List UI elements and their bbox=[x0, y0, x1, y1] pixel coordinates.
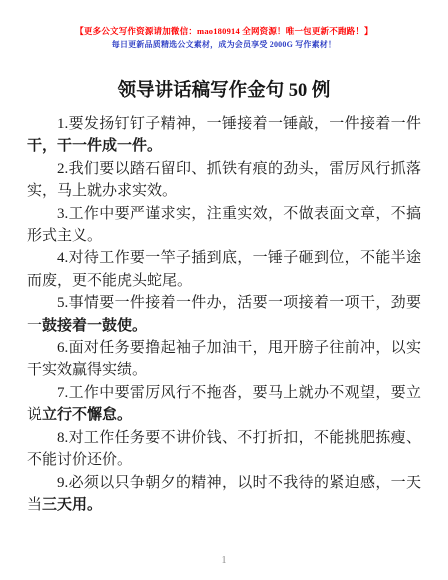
paragraph-8: 8.对工作任务要不讲价钱、不打折扣，不能挑肥拣瘦、不能讨价还价。 bbox=[27, 427, 421, 472]
paragraph-6: 6.面对任务要撸起袖子加油干，甩开膀子往前冲，以实干实效赢得实绩。 bbox=[27, 337, 421, 382]
page-title: 领导讲话稿写作金句 50 例 bbox=[0, 78, 448, 105]
document-page: 【更多公文写作资源请加微信：mao180914 全网资源！唯一包更新不跑路！】 … bbox=[0, 0, 448, 580]
header-ad-line-red: 【更多公文写作资源请加微信：mao180914 全网资源！唯一包更新不跑路！】 bbox=[0, 24, 448, 38]
paragraph-5-bold-text: 鼓接着一鼓使。 bbox=[42, 318, 147, 334]
paragraph-7: 7.工作中要雷厉风行不拖沓，要马上就办不观望，要立说立行不懈怠。 bbox=[27, 382, 421, 427]
header-ad-line-blue: 每日更新品质精选公文素材，成为会员享受 2000G 写作素材！ bbox=[0, 38, 448, 51]
paragraph-7-bold-text: 立行不懈怠。 bbox=[42, 407, 132, 423]
paragraph-4: 4.对待工作要一竿子插到底，一锤子砸到位，不能半途而废，更不能虎头蛇尾。 bbox=[27, 247, 421, 292]
paragraph-3-text: 3.工作中要严谨求实，注重实效，不做表面文章，不搞形式主义。 bbox=[27, 206, 421, 244]
paragraph-1: 1.要发扬钉钉子精神，一锤接着一锤敲，一件接着一件干，干一件成一件。 bbox=[27, 113, 421, 158]
paragraph-9-bold-text: 三天用。 bbox=[42, 497, 102, 513]
paragraph-9: 9.必须以只争朝夕的精神，以时不我待的紧迫感，一天当三天用。 bbox=[27, 472, 421, 517]
paragraph-6-text: 6.面对任务要撸起袖子加油干，甩开膀子往前冲，以实干实效赢得实绩。 bbox=[27, 340, 421, 378]
paragraph-1-bold-text: 干，干一件成一件。 bbox=[27, 138, 162, 154]
document-body: 1.要发扬钉钉子精神，一锤接着一锤敲，一件接着一件干，干一件成一件。 2.我们要… bbox=[27, 113, 421, 516]
paragraph-2: 2.我们要以踏石留印、抓铁有痕的劲头，雷厉风行抓落实，马上就办求实效。 bbox=[27, 158, 421, 203]
paragraph-8-text: 8.对工作任务要不讲价钱、不打折扣，不能挑肥拣瘦、不能讨价还价。 bbox=[27, 430, 421, 468]
document-header: 【更多公文写作资源请加微信：mao180914 全网资源！唯一包更新不跑路！】 … bbox=[0, 0, 448, 51]
paragraph-5: 5.事情要一件接着一件办，活要一项接着一项干，劲要一鼓接着一鼓使。 bbox=[27, 292, 421, 337]
page-number: 1 bbox=[0, 555, 448, 566]
paragraph-4-text: 4.对待工作要一竿子插到底，一锤子砸到位，不能半途而废，更不能虎头蛇尾。 bbox=[27, 250, 421, 288]
paragraph-1-text: 1.要发扬钉钉子精神，一锤接着一锤敲，一件接着一件 bbox=[57, 116, 421, 132]
paragraph-2-text: 2.我们要以踏石留印、抓铁有痕的劲头，雷厉风行抓落实，马上就办求实效。 bbox=[27, 161, 421, 199]
paragraph-3: 3.工作中要严谨求实，注重实效，不做表面文章，不搞形式主义。 bbox=[27, 203, 421, 248]
